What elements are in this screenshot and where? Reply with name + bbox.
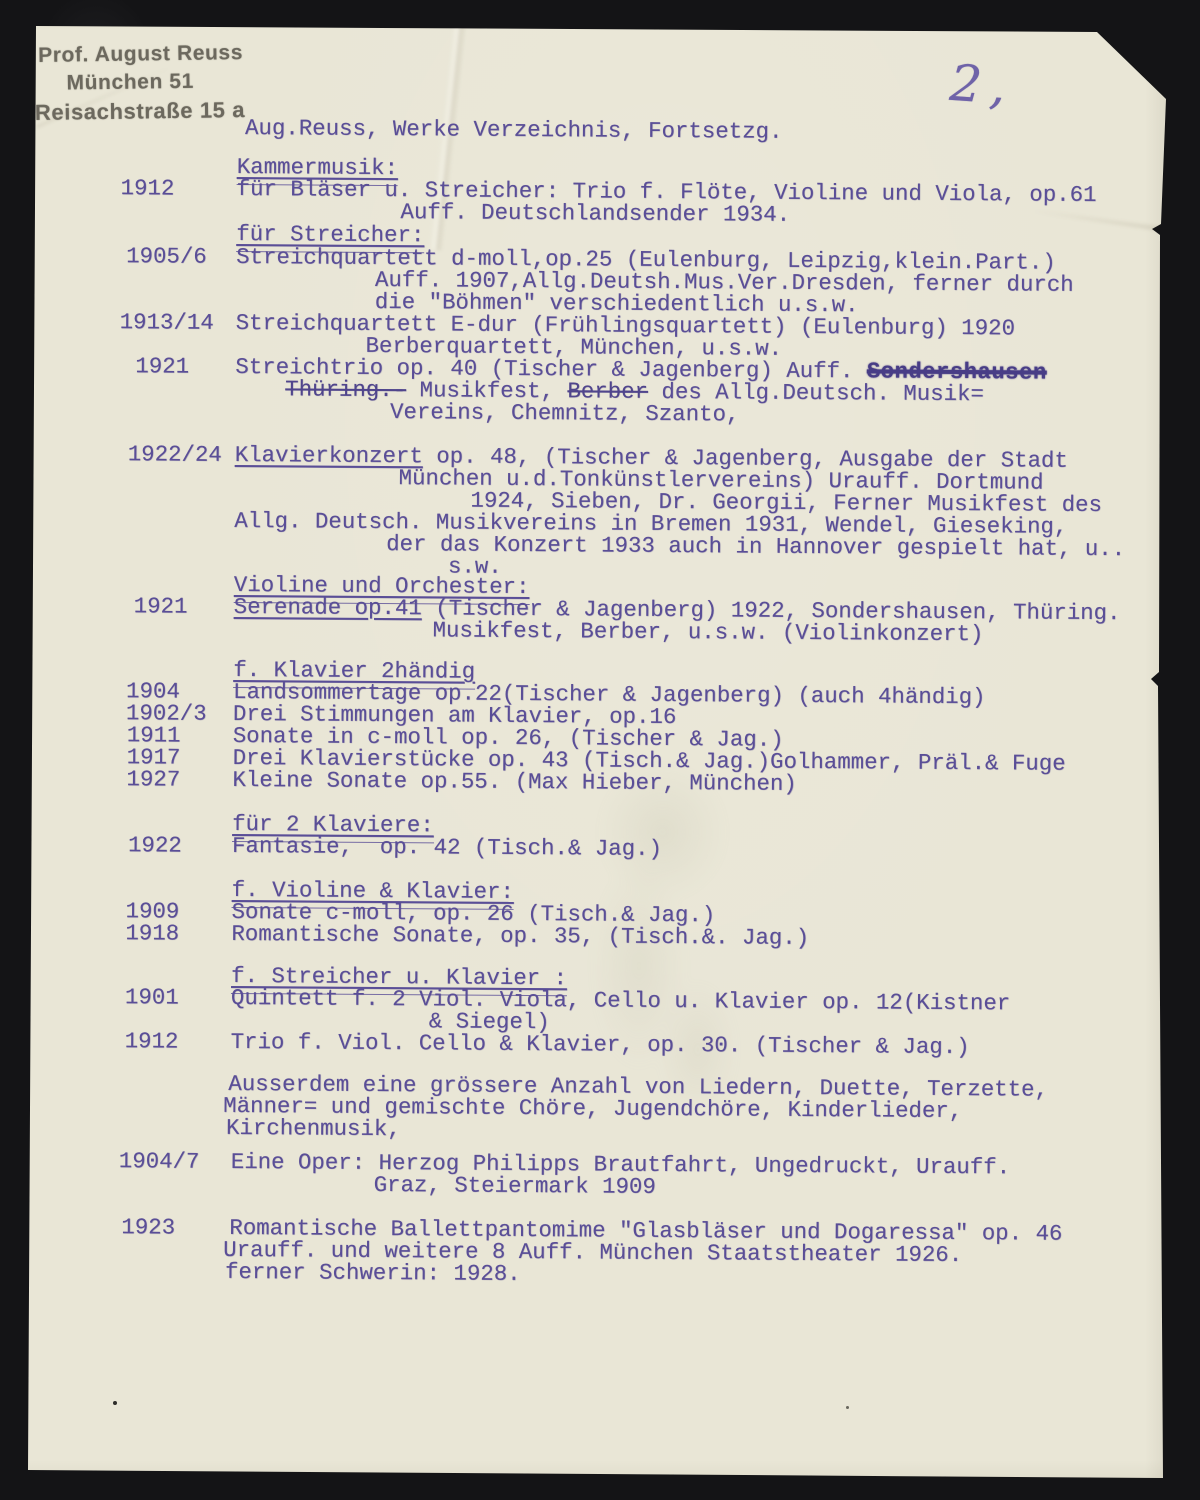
document-page: Prof. August Reuss München 51 Reisachstr… [0,0,1200,1500]
line-text: Trio f. Viol. Cello & Klavier, op. 30. (… [231,1030,970,1059]
year-label: 1922 [128,833,182,857]
year-label: 1905/6 [126,244,207,269]
line-text: Kirchenmusik, [226,1116,401,1141]
document-body: Kammermusik:1912für Bläser u. Streicher:… [1,0,1200,7]
line-text: Kleine Sonate op.55. (Max Hieber, Münche… [232,768,796,796]
year-label: 1901 [125,985,179,1009]
year-label: 1918 [125,921,179,945]
year-label: 1921 [134,594,188,618]
year-label: 1912 [121,176,175,200]
text-segment: Kleine Sonate op.55. (Max Hieber, Münche… [232,767,797,797]
text-segment: Romantische Sonate, op. 35, (Tisch.&. Ja… [231,921,809,951]
year-label: 1922/24 [128,442,222,467]
year-label: 1913/14 [120,310,214,335]
text-segment: Graz, Steiermark 1909 [374,1172,656,1200]
typed-content: Aug.Reuss, Werke Verzeichnis, Fortsetzg.… [0,0,1200,1500]
text-segment: Kirchenmusik, [226,1115,401,1142]
line-text: Musikfest, Berber, u.s.w. (Violinkonzert… [432,618,983,646]
text-segment: Fantasie, op. 42 (Tisch.& Jag.) [232,833,662,862]
text-segment: Trio f. Viol. Cello & Klavier, op. 30. (… [231,1029,970,1060]
text-segment: Musikfest, Berber, u.s.w. (Violinkonzert… [432,617,983,647]
line-text: Romantische Sonate, op. 35, (Tisch.&. Ja… [231,922,809,950]
year-label: 1912 [125,1029,179,1053]
page-title: Aug.Reuss, Werke Verzeichnis, Fortsetzg. [245,116,783,144]
year-label: 1904/7 [119,1149,200,1174]
year-label: 1921 [135,354,189,378]
scan-background: Prof. August Reuss München 51 Reisachstr… [0,0,1200,1500]
year-label: 1923 [121,1215,175,1239]
text-segment: ferner Schwerin: 1928. [225,1259,521,1287]
line-text: Vereins, Chemnitz, Szanto, [390,400,740,426]
year-label: 1927 [126,767,180,791]
line-text: ferner Schwerin: 1928. [225,1260,521,1286]
line-text: Graz, Steiermark 1909 [374,1173,656,1199]
line-text: Fantasie, op. 42 (Tisch.& Jag.) [232,834,662,861]
text-segment: Vereins, Chemnitz, Szanto, [390,399,740,427]
